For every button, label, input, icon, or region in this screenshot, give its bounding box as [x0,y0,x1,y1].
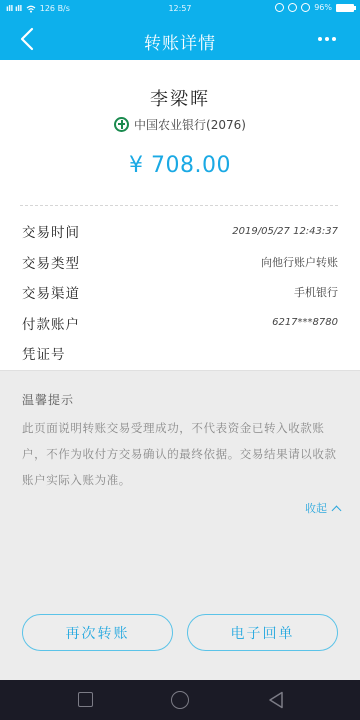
bank-info: 中国农业银行(2076) [0,116,360,133]
screen: ıll ıll 126 B/s 12:57 96% [0,0,360,720]
collapse-button[interactable]: 收起 [305,500,340,516]
row-label: 凭证号 [22,343,66,363]
shield-icon [275,3,284,12]
dashed-divider [20,205,338,206]
top-bar: ıll ıll 126 B/s 12:57 96% [0,0,360,60]
detail-row-voucher: 凭证号 [0,338,360,369]
row-label: 交易时间 [22,221,80,241]
tips-section: 温馨提示 此页面说明转账交易受理成功，不代表资金已转入收款账户，不作为收付方交易… [0,371,360,531]
transfer-amount: ¥ 708.00 [0,153,360,178]
nav-header: 转账详情 [0,18,360,60]
detail-row-type: 交易类型 向他行账户转账 [0,247,360,278]
recents-icon[interactable] [78,692,93,707]
detail-row-time: 交易时间 2019/05/27 12:43:37 [0,216,360,247]
row-label: 付款账户 [22,313,80,333]
detail-row-payer-account: 付款账户 6217***8780 [0,308,360,339]
status-bar: ıll ıll 126 B/s 12:57 96% [0,0,360,18]
transfer-details-card: 李梁晖 中国农业银行(2076) ¥ 708.00 交易时间 2019/05/2… [0,60,360,371]
row-value: 6217***8780 [272,317,338,328]
battery-icon [336,4,354,12]
more-button[interactable] [312,30,342,48]
row-label: 交易类型 [22,252,80,272]
detail-row-channel: 交易渠道 手机银行 [0,277,360,308]
battery-percent: 96% [314,3,332,12]
detail-rows: 交易时间 2019/05/27 12:43:37 交易类型 向他行账户转账 交易… [0,216,360,369]
alarm-icon [301,3,310,12]
more-dot [332,37,336,41]
more-horizontal-icon [318,37,322,41]
row-value: 2019/05/27 12:43:37 [232,226,338,237]
bank-name: 中国农业银行(2076) [134,116,246,133]
action-buttons: 再次转账 电子回单 [0,614,360,652]
collapse-label: 收起 [305,500,327,516]
transfer-again-button[interactable]: 再次转账 [22,614,173,651]
lock-icon [288,3,297,12]
abc-bank-logo-icon [114,117,129,132]
tips-body: 此页面说明转账交易受理成功，不代表资金已转入收款账户，不作为收付方交易确认的最终… [22,415,340,493]
tips-title: 温馨提示 [22,391,74,408]
back-triangle-icon[interactable] [268,691,284,709]
chevron-up-icon [332,505,342,515]
more-dot [325,37,329,41]
payee-name: 李梁晖 [0,85,360,111]
page-title: 转账详情 [0,29,360,54]
row-value: 向他行账户转账 [261,254,338,270]
home-icon[interactable] [171,691,189,709]
e-receipt-button[interactable]: 电子回单 [187,614,338,651]
status-right: 96% [275,3,354,12]
row-value: 手机银行 [294,284,338,300]
row-label: 交易渠道 [22,282,80,302]
system-nav-bar [0,680,360,720]
